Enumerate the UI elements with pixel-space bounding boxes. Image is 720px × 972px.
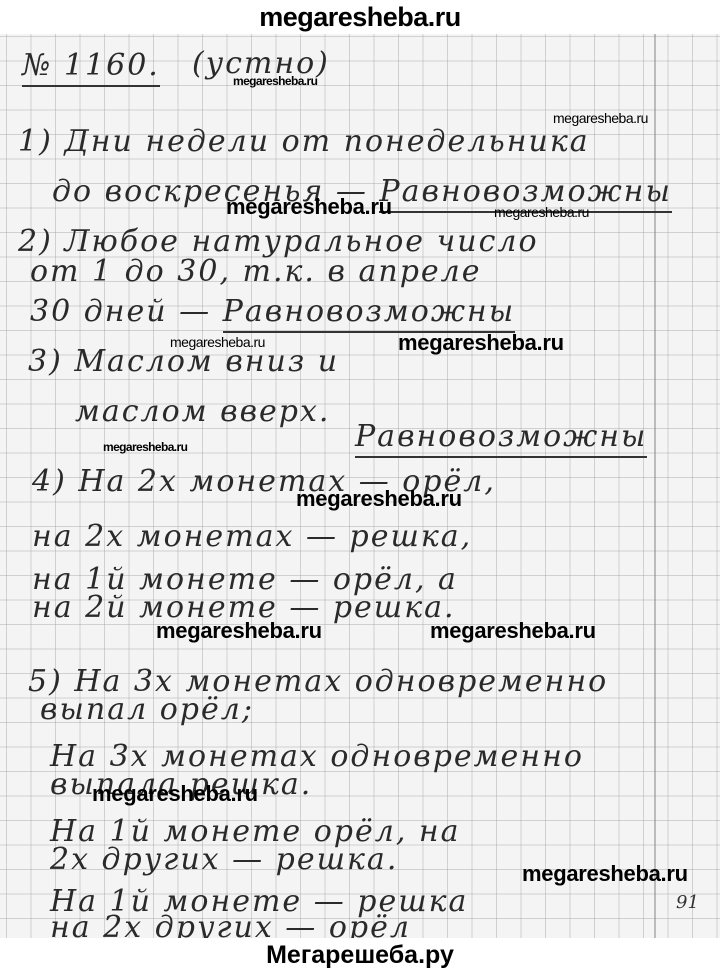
notebook-page: № 1160. (устно) 1) Дни недели от понедел… [0,34,720,938]
answer-5-line-2: выпал орёл; [40,692,254,727]
answer-1-text-1: Дни недели от понедельника [64,124,589,159]
page-mark: 91 [676,892,699,913]
answer-4-label: 4) [32,464,67,499]
site-footer-title: Мегарешеба.ру [0,938,720,972]
answer-2-line-3: 30 дней — Равновозможны [30,294,515,329]
answer-2-verdict: Равновозможны [223,294,515,333]
watermark: megaresheba.ru [103,440,187,454]
answer-4-line-2: на 2х монетах — решка, [32,519,472,554]
answer-5-line-8: на 2х других — орёл [50,910,411,938]
watermark: megaresheba.ru [92,781,258,807]
watermark: megaresheba.ru [522,861,688,887]
answer-1-label: 1) [18,124,53,159]
answer-3-line-2: маслом вверх. [75,394,330,429]
watermark: megaresheba.ru [553,110,648,126]
watermark: megaresheba.ru [430,618,596,644]
watermark: megaresheba.ru [233,74,317,88]
number-value: 1160. [64,48,160,83]
watermark: megaresheba.ru [170,334,265,350]
watermark: megaresheba.ru [398,330,564,356]
watermark: megaresheba.ru [494,204,589,220]
watermark: megaresheba.ru [156,618,322,644]
answer-1-line-1: 1) Дни недели от понедельника [18,124,590,159]
answer-5-line-6: 2х других — решка. [50,842,398,877]
watermark: megaresheba.ru [226,194,392,220]
problem-number: № 1160. [22,48,160,87]
site-header-title: megaresheba.ru [0,0,720,34]
answer-3-verdict: Равновозможны [355,419,647,458]
answer-3-label: 3) [28,344,63,379]
answer-2-text-3: 30 дней — [30,294,211,329]
watermark: megaresheba.ru [296,486,462,512]
number-sign: № [22,48,52,83]
margin-line [654,34,656,938]
answer-2-line-2: от 1 до 30, т.к. в апреле [30,254,482,289]
